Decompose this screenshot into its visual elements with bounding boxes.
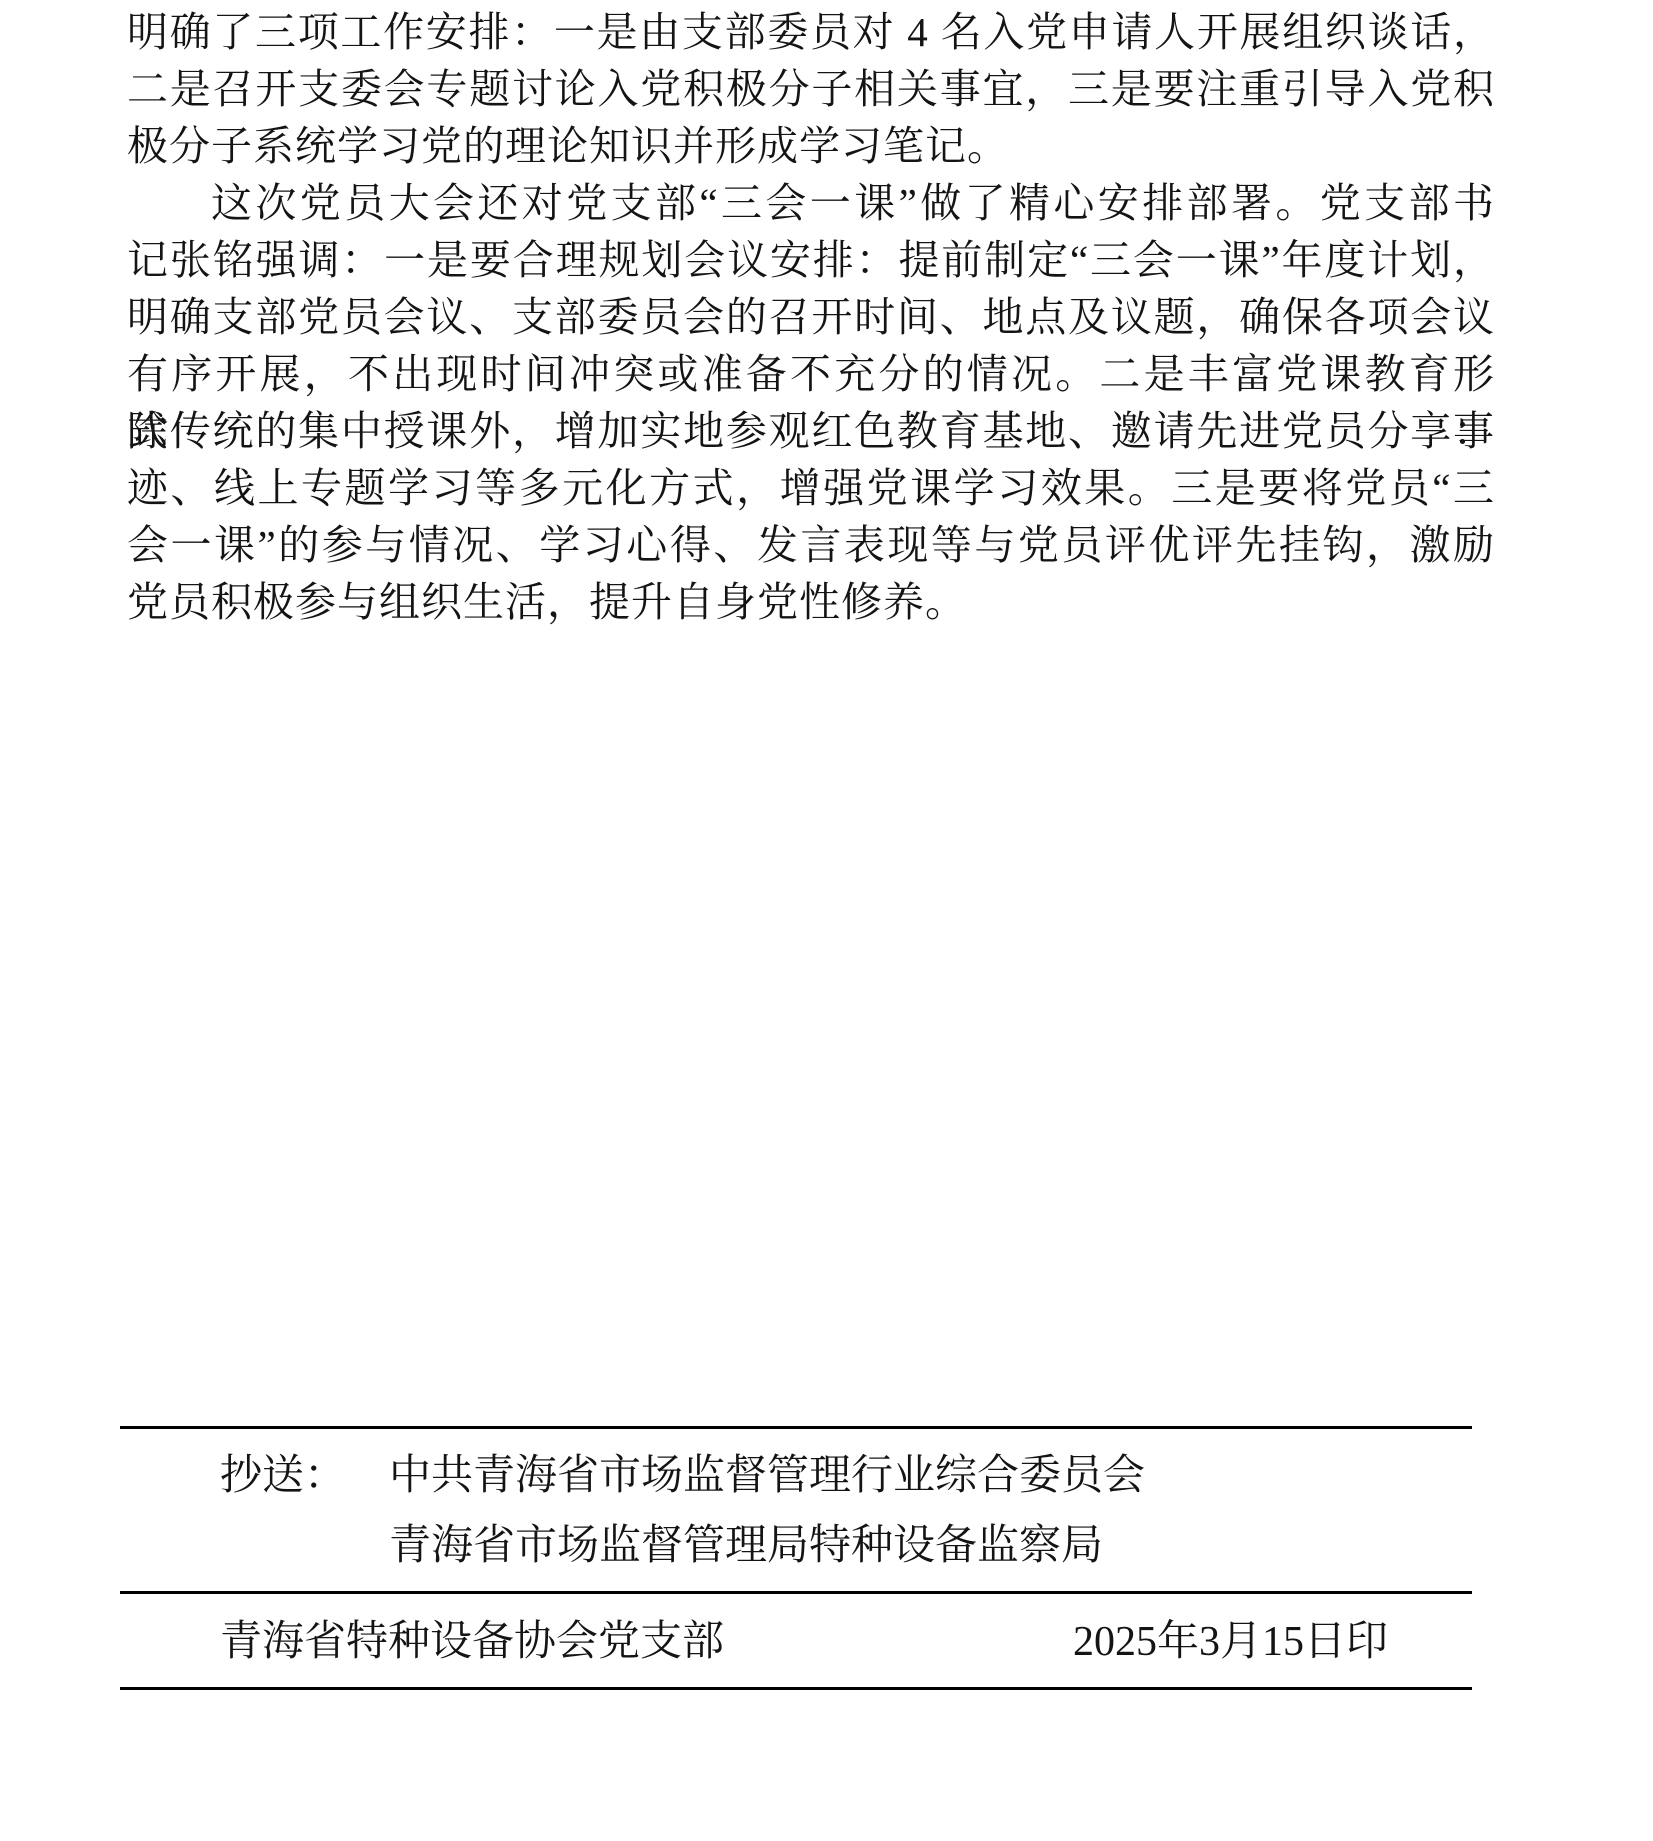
- body-text-line: 二是召开支委会专题讨论入党积极分子相关事宜，三是要注重引导入党积: [127, 61, 1495, 118]
- print-date: 2025年3月15日印: [1073, 1618, 1388, 1666]
- separator-line-top: [120, 1426, 1472, 1429]
- body-text-line: 迹、线上专题学习等多元化方式，增强党课学习效果。三是要将党员“三: [127, 460, 1495, 517]
- copy-to-label: 抄送：: [220, 1452, 346, 1500]
- document-page: 明确了三项工作安排：一是由支部委员对 4 名入党申请人开展组织谈话， 二是召开支…: [0, 0, 1653, 1841]
- copy-to-recipient: 中共青海省市场监督管理行业综合委员会: [389, 1452, 1145, 1500]
- issuer-name: 青海省特种设备协会党支部: [220, 1618, 724, 1666]
- body-text-line: 明确了三项工作安排：一是由支部委员对 4 名入党申请人开展组织谈话，: [127, 4, 1495, 61]
- copy-to-recipient: 青海省市场监督管理局特种设备监察局: [389, 1522, 1103, 1570]
- separator-line-middle: [120, 1591, 1472, 1594]
- body-text-line: 明确支部党员会议、支部委员会的召开时间、地点及议题，确保各项会议: [127, 289, 1495, 346]
- body-text-line: 会一课”的参与情况、学习心得、发言表现等与党员评优评先挂钩，激励: [127, 517, 1495, 574]
- body-text-line: 党员积极参与组织生活，提升自身党性修养。: [127, 574, 1495, 631]
- separator-line-bottom: [120, 1687, 1472, 1690]
- body-text-line: 记张铭强调：一是要合理规划会议安排：提前制定“三会一课”年度计划，: [127, 232, 1495, 289]
- body-text-line: 有序开展，不出现时间冲突或准备不充分的情况。二是丰富党课教育形式：: [127, 346, 1495, 403]
- body-text-line: 这次党员大会还对党支部“三会一课”做了精心安排部署。党支部书: [127, 175, 1495, 232]
- body-text-line: 极分子系统学习党的理论知识并形成学习笔记。: [127, 118, 1495, 175]
- body-text-line: 除传统的集中授课外，增加实地参观红色教育基地、邀请先进党员分享事: [127, 403, 1495, 460]
- document-body: 明确了三项工作安排：一是由支部委员对 4 名入党申请人开展组织谈话， 二是召开支…: [127, 4, 1495, 631]
